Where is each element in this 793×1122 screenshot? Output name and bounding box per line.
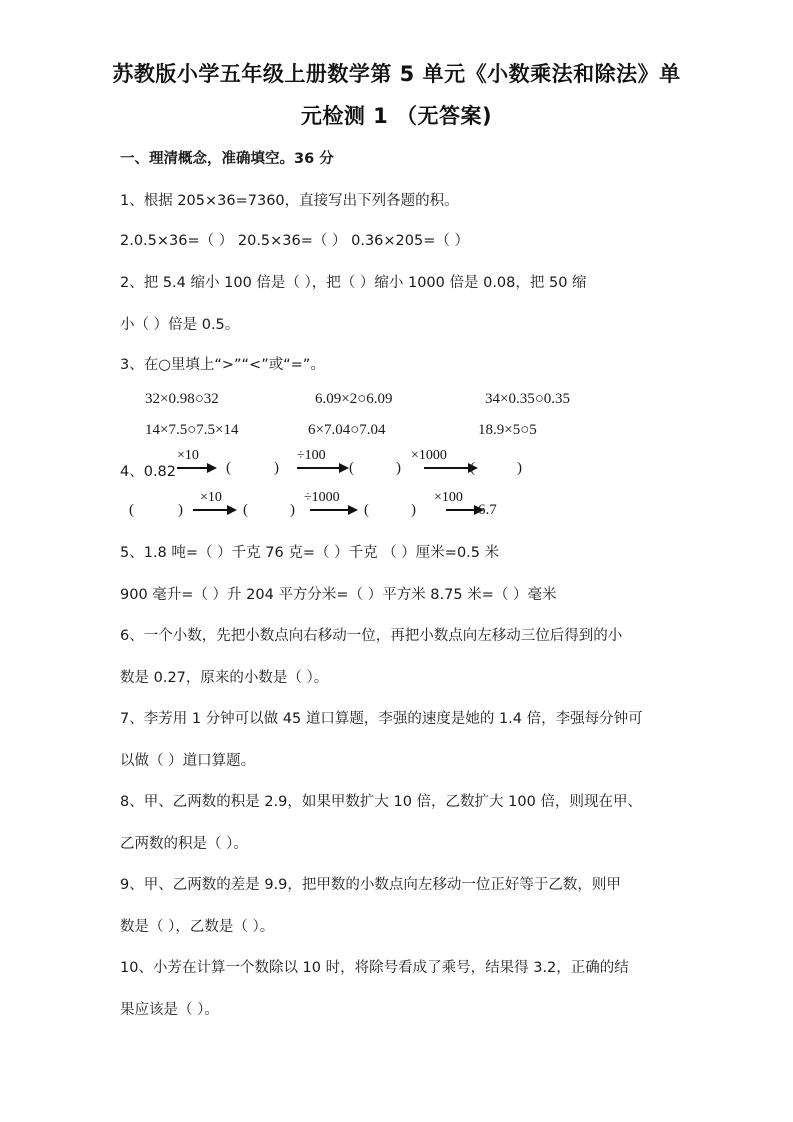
operation-label: ÷100 <box>297 448 326 464</box>
comparison-item: 6×7.04○7.04 <box>308 422 386 439</box>
comparison-item: 18.9×5○5 <box>478 422 537 439</box>
answer-paren-close: ) <box>517 460 522 477</box>
worksheet-page: 苏教版小学五年级上册数学第 5 单元《小数乘法和除法》单 元检测 1 （无答案)… <box>0 0 793 1122</box>
arrow-shaft <box>424 467 470 469</box>
operation-label: ÷1000 <box>304 490 340 506</box>
arrow-right-icon <box>227 505 237 515</box>
question-7-line-2: 以做（ ）道口算题。 <box>120 749 255 770</box>
chain-result: 6.7 <box>478 502 497 519</box>
operation-label: ×1000 <box>411 448 447 464</box>
question-7-line-1: 7、李芳用 1 分钟可以做 45 道口算题，李强的速度是她的 1.4 倍，李强每… <box>120 707 643 728</box>
arrow-right-icon <box>339 463 349 473</box>
arrow-shaft <box>297 467 341 469</box>
operation-label: ×100 <box>434 490 463 506</box>
arrow-right-icon <box>207 463 217 473</box>
question-5-line-2: 900 毫升=（ ）升 204 平方分米=（ ）平方米 8.75 米=（ ）毫米 <box>120 583 556 604</box>
question-3-stem: 3、在○里填上“>”“<”或“=”。 <box>120 353 325 374</box>
arrow-shaft <box>193 509 229 511</box>
question-9-line-2: 数是（ ），乙数是（ ）。 <box>120 915 274 936</box>
operation-label: ×10 <box>200 490 222 506</box>
answer-paren-close: ) <box>411 502 416 519</box>
operation-arrow: ÷100 <box>297 452 352 474</box>
question-4-prefix: 4、0.82 <box>120 460 176 481</box>
question-5-line-1: 5、1.8 吨=（ ）千克 76 克=（ ）千克 （ ）厘米=0.5 米 <box>120 541 499 562</box>
answer-paren-open: ( <box>226 460 231 477</box>
operation-arrow: ÷1000 <box>304 494 360 516</box>
operation-arrow: ×10 <box>177 452 219 474</box>
document-title-line-1: 苏教版小学五年级上册数学第 5 单元《小数乘法和除法》单 <box>0 58 793 88</box>
question-2-line-2: 小（ ）倍是 0.5。 <box>120 313 239 334</box>
question-8-line-1: 8、甲、乙两数的积是 2.9，如果甲数扩大 10 倍，乙数扩大 100 倍，则现… <box>120 790 642 811</box>
comparison-item: 32×0.98○32 <box>145 391 219 408</box>
answer-paren-open: ( <box>364 502 369 519</box>
question-8-line-2: 乙两数的积是（ ）。 <box>120 832 248 853</box>
question-6-line-1: 6、一个小数，先把小数点向右移动一位，再把小数点向左移动三位后得到的小 <box>120 624 622 645</box>
comparison-item: 14×7.5○7.5×14 <box>145 422 238 439</box>
answer-paren-close: ) <box>274 460 279 477</box>
arrow-shaft <box>446 509 476 511</box>
answer-paren-open: ( <box>243 502 248 519</box>
answer-paren-open: ( <box>349 460 354 477</box>
operation-arrow: ×10 <box>193 494 243 516</box>
question-10-line-2: 果应该是（ ）。 <box>120 998 219 1019</box>
operation-label: ×10 <box>177 448 199 464</box>
arrow-shaft <box>310 509 350 511</box>
question-1-stem: 1、根据 205×36=7360，直接写出下列各题的积。 <box>120 189 459 210</box>
question-2-line-1: 2、把 5.4 缩小 100 倍是（ ），把（ ）缩小 1000 倍是 0.08… <box>120 271 587 292</box>
answer-paren-open: ( <box>129 502 134 519</box>
comparison-item: 34×0.35○0.35 <box>485 391 570 408</box>
question-9-line-1: 9、甲、乙两数的差是 9.9，把甲数的小数点向左移动一位正好等于乙数，则甲 <box>120 873 621 894</box>
operation-arrow: ×100 <box>434 494 484 516</box>
answer-paren-close: ) <box>290 502 295 519</box>
document-title-line-2: 元检测 1 （无答案) <box>0 100 793 130</box>
question-6-line-2: 数是 0.27，原来的小数是（ ）。 <box>120 666 328 687</box>
answer-paren-close: ) <box>178 502 183 519</box>
answer-paren-open: ( <box>470 460 475 477</box>
question-1-parts: 2.0.5×36=（ ） 20.5×36=（ ） 0.36×205=（ ） <box>120 229 469 250</box>
operation-arrow: ×1000 <box>411 452 473 474</box>
question-10-line-1: 10、小芳在计算一个数除以 10 时，将除号看成了乘号，结果得 3.2，正确的结 <box>120 956 629 977</box>
answer-paren-close: ) <box>396 460 401 477</box>
section-heading: 一、理清概念，准确填空。36 分 <box>120 147 334 168</box>
arrow-shaft <box>177 467 209 469</box>
comparison-item: 6.09×2○6.09 <box>315 391 393 408</box>
arrow-right-icon <box>348 505 358 515</box>
